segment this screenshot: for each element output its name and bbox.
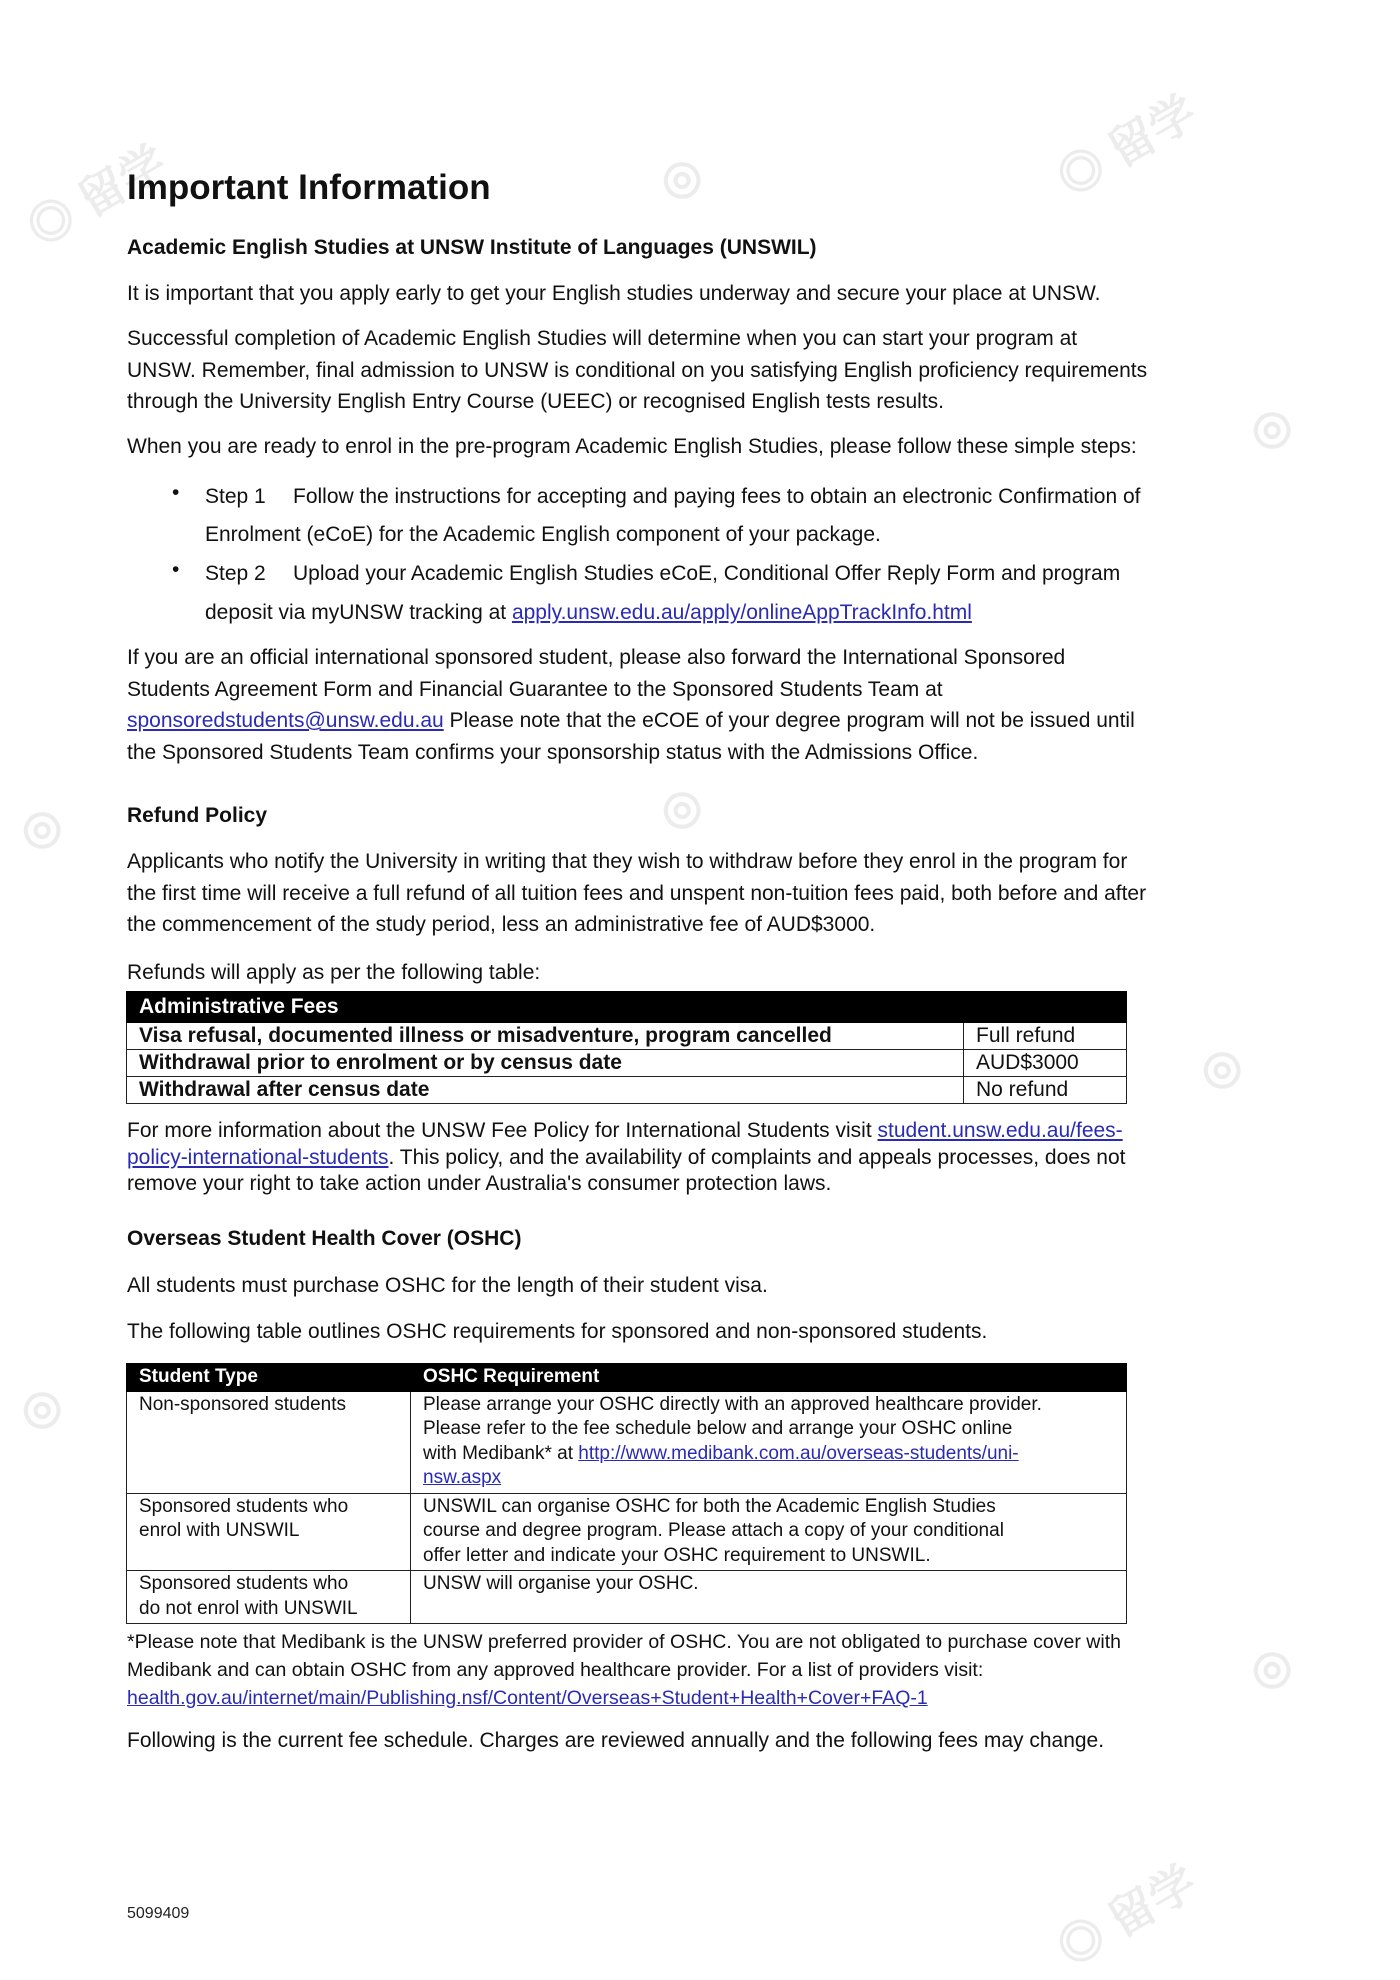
- student-type-cell: Sponsored students who do not enrol with…: [127, 1571, 411, 1624]
- oshc-requirement-cell: UNSWIL can organise OSHC for both the Ac…: [411, 1493, 1127, 1571]
- fee-policy-link[interactable]: student.unsw.edu.au/fees-: [878, 1119, 1123, 1142]
- paragraph-refund: Applicants who notify the University in …: [127, 846, 1146, 941]
- paragraph-table-intro: Refunds will apply as per the following …: [127, 957, 540, 989]
- table-header: Administrative Fees: [127, 992, 1127, 1023]
- text-line: sponsoredstudents@unsw.edu.au Please not…: [127, 705, 1135, 737]
- text-fragment: with Medibank* at: [423, 1443, 578, 1464]
- text-fragment: For more information about the UNSW Fee …: [127, 1119, 878, 1142]
- text-line: Medibank and can obtain OSHC from any ap…: [127, 1656, 1121, 1684]
- text-line: course and degree program. Please attach…: [423, 1519, 1114, 1544]
- bullet-icon: •: [172, 558, 179, 582]
- text-line: enrol with UNSWIL: [139, 1519, 398, 1544]
- oshc-requirement-cell: Please arrange your OSHC directly with a…: [411, 1391, 1127, 1493]
- text-line: Sponsored students who: [139, 1495, 398, 1520]
- text-line: UNSWIL can organise OSHC for both the Ac…: [423, 1495, 1114, 1520]
- step-text: deposit via myUNSW tracking at: [205, 601, 512, 624]
- section-heading-refund: Refund Policy: [127, 804, 267, 828]
- text-line: For more information about the UNSW Fee …: [127, 1118, 1125, 1145]
- paragraph-apply-early: It is important that you apply early to …: [127, 278, 1101, 310]
- step-text: Upload your Academic English Studies eCo…: [293, 562, 1120, 585]
- student-type-cell: Non-sponsored students: [127, 1391, 411, 1493]
- column-header-oshc-requirement: OSHC Requirement: [411, 1364, 1127, 1392]
- table-header-row: Student Type OSHC Requirement: [127, 1364, 1127, 1392]
- text-line: remove your right to take action under A…: [127, 1171, 1125, 1198]
- paragraph-steps-intro: When you are ready to enrol in the pre-p…: [127, 431, 1137, 463]
- paragraph-medibank-note: *Please note that Medibank is the UNSW p…: [127, 1628, 1121, 1712]
- paragraph-more-info: For more information about the UNSW Fee …: [127, 1118, 1125, 1198]
- fee-condition: Withdrawal prior to enrolment or by cens…: [127, 1050, 964, 1077]
- fee-outcome: Full refund: [964, 1023, 1127, 1050]
- text-line: offer letter and indicate your OSHC requ…: [423, 1544, 1114, 1569]
- text-line: UNSW will organise your OSHC.: [423, 1572, 1114, 1597]
- fee-policy-link-continued[interactable]: policy-international-students: [127, 1146, 388, 1169]
- administrative-fees-table: Administrative Fees Visa refusal, docume…: [126, 991, 1127, 1104]
- app-tracking-link[interactable]: apply.unsw.edu.au/apply/onlineAppTrackIn…: [512, 601, 972, 624]
- paragraph-completion: Successful completion of Academic Englis…: [127, 323, 1147, 418]
- step-1-line2: Enrolment (eCoE) for the Academic Englis…: [205, 519, 881, 551]
- fee-condition: Withdrawal after census date: [127, 1077, 964, 1104]
- column-header-student-type: Student Type: [127, 1364, 411, 1392]
- text-line: do not enrol with UNSWIL: [139, 1597, 398, 1622]
- fee-condition: Visa refusal, documented illness or misa…: [127, 1023, 964, 1050]
- step-2-line2: deposit via myUNSW tracking at apply.uns…: [205, 597, 972, 629]
- oshc-requirement-cell: UNSW will organise your OSHC.: [411, 1571, 1127, 1624]
- text-line: Please arrange your OSHC directly with a…: [423, 1393, 1114, 1418]
- student-type-cell: Sponsored students who enrol with UNSWIL: [127, 1493, 411, 1571]
- text-line: If you are an official international spo…: [127, 642, 1135, 674]
- text-line: nsw.aspx: [423, 1466, 1114, 1491]
- table-row: Non-sponsored students Please arrange yo…: [127, 1391, 1127, 1493]
- text-line: the first time will receive a full refun…: [127, 878, 1146, 910]
- table-row: Sponsored students who enrol with UNSWIL…: [127, 1493, 1127, 1571]
- sponsored-email-link[interactable]: sponsoredstudents@unsw.edu.au: [127, 709, 444, 732]
- paragraph-oshc-table-intro: The following table outlines OSHC requir…: [127, 1316, 987, 1348]
- section-heading-unswil: Academic English Studies at UNSW Institu…: [127, 236, 817, 260]
- text-line: Sponsored students who: [139, 1572, 398, 1597]
- medibank-link[interactable]: http://www.medibank.com.au/overseas-stud…: [578, 1443, 1018, 1464]
- text-line: through the University English Entry Cou…: [127, 386, 1147, 418]
- text-line: health.gov.au/internet/main/Publishing.n…: [127, 1684, 1121, 1712]
- bullet-icon: •: [172, 481, 179, 505]
- step-text: Follow the instructions for accepting an…: [293, 485, 1140, 508]
- medibank-link-continued[interactable]: nsw.aspx: [423, 1467, 501, 1488]
- table-row: Withdrawal prior to enrolment or by cens…: [127, 1050, 1127, 1077]
- text-fragment: Please note that the eCOE of your degree…: [444, 709, 1135, 732]
- step-2-line1: Step 2Upload your Academic English Studi…: [205, 558, 1120, 590]
- text-line: the Sponsored Students Team confirms you…: [127, 737, 1135, 769]
- oshc-requirements-table: Student Type OSHC Requirement Non-sponso…: [126, 1363, 1127, 1624]
- health-gov-link[interactable]: health.gov.au/internet/main/Publishing.n…: [127, 1687, 928, 1709]
- text-line: *Please note that Medibank is the UNSW p…: [127, 1628, 1121, 1656]
- text-line: UNSW. Remember, final admission to UNSW …: [127, 355, 1147, 387]
- paragraph-fee-schedule-intro: Following is the current fee schedule. C…: [127, 1725, 1104, 1757]
- text-line: the commencement of the study period, le…: [127, 909, 1146, 941]
- step-label: Step 2: [205, 558, 293, 590]
- fee-outcome: AUD$3000: [964, 1050, 1127, 1077]
- text-fragment: . This policy, and the availability of c…: [388, 1146, 1125, 1169]
- paragraph-oshc-purchase: All students must purchase OSHC for the …: [127, 1270, 768, 1302]
- table-header-row: Administrative Fees: [127, 992, 1127, 1023]
- fee-outcome: No refund: [964, 1077, 1127, 1104]
- step-1-line1: Step 1Follow the instructions for accept…: [205, 481, 1140, 513]
- table-row: Visa refusal, documented illness or misa…: [127, 1023, 1127, 1050]
- paragraph-sponsored: If you are an official international spo…: [127, 642, 1135, 768]
- table-row: Sponsored students who do not enrol with…: [127, 1571, 1127, 1624]
- text-line: Students Agreement Form and Financial Gu…: [127, 674, 1135, 706]
- page-title: Important Information: [127, 168, 491, 208]
- section-heading-oshc: Overseas Student Health Cover (OSHC): [127, 1227, 521, 1251]
- step-label: Step 1: [205, 481, 293, 513]
- text-line: Applicants who notify the University in …: [127, 846, 1146, 878]
- table-row: Withdrawal after census date No refund: [127, 1077, 1127, 1104]
- text-line: Successful completion of Academic Englis…: [127, 323, 1147, 355]
- text-line: Please refer to the fee schedule below a…: [423, 1417, 1114, 1442]
- text-line: policy-international-students. This poli…: [127, 1145, 1125, 1172]
- document-code: 5099409: [127, 1905, 189, 1923]
- text-line: with Medibank* at http://www.medibank.co…: [423, 1442, 1114, 1467]
